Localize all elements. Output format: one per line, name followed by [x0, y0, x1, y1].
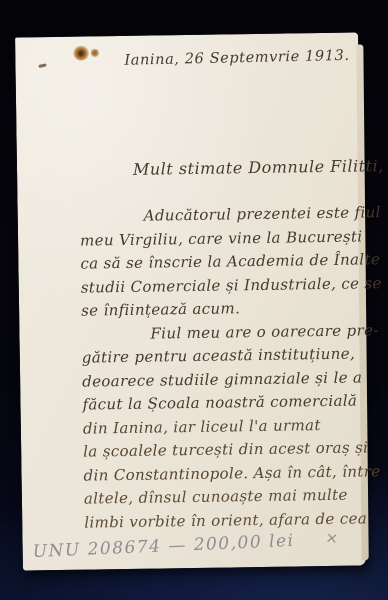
- dateline: Ianina, 26 Septemvrie 1913.: [124, 48, 350, 69]
- letter-line: Aducătorul prezentei este fiul: [80, 202, 357, 230]
- foxing-stain-small: [90, 48, 99, 57]
- letter-line: altele, dînsul cunoaște mai multe: [84, 483, 361, 511]
- letter-line: limbi vorbite în orient, afara de cea: [84, 507, 361, 535]
- letter-line: făcut la Școala noastră comercială: [82, 390, 359, 418]
- photo-background: Ianina, 26 Septemvrie 1913. Mult stimate…: [0, 0, 388, 600]
- letter-line: gătire pentru această instituțiune,: [82, 343, 359, 371]
- ink-speck: [38, 63, 46, 68]
- letter-body: Aducătorul prezentei este fiul meu Virgi…: [80, 202, 362, 535]
- salutation: Mult stimate Domnule Filitti,: [133, 156, 384, 179]
- foxing-stain-large: [73, 45, 89, 60]
- pencil-annotation: UNU 208674 — 200,00 lei: [32, 531, 295, 562]
- letter-line: ca să se înscrie la Academia de Înalte: [80, 249, 357, 277]
- letter-line: studii Comerciale și Industriale, ce se: [81, 272, 358, 300]
- pencil-cross-mark: ×: [324, 528, 339, 547]
- letter-paper: Ianina, 26 Septemvrie 1913. Mult stimate…: [15, 32, 366, 570]
- letter-line: la școalele turcești din acest oraș și: [83, 437, 360, 465]
